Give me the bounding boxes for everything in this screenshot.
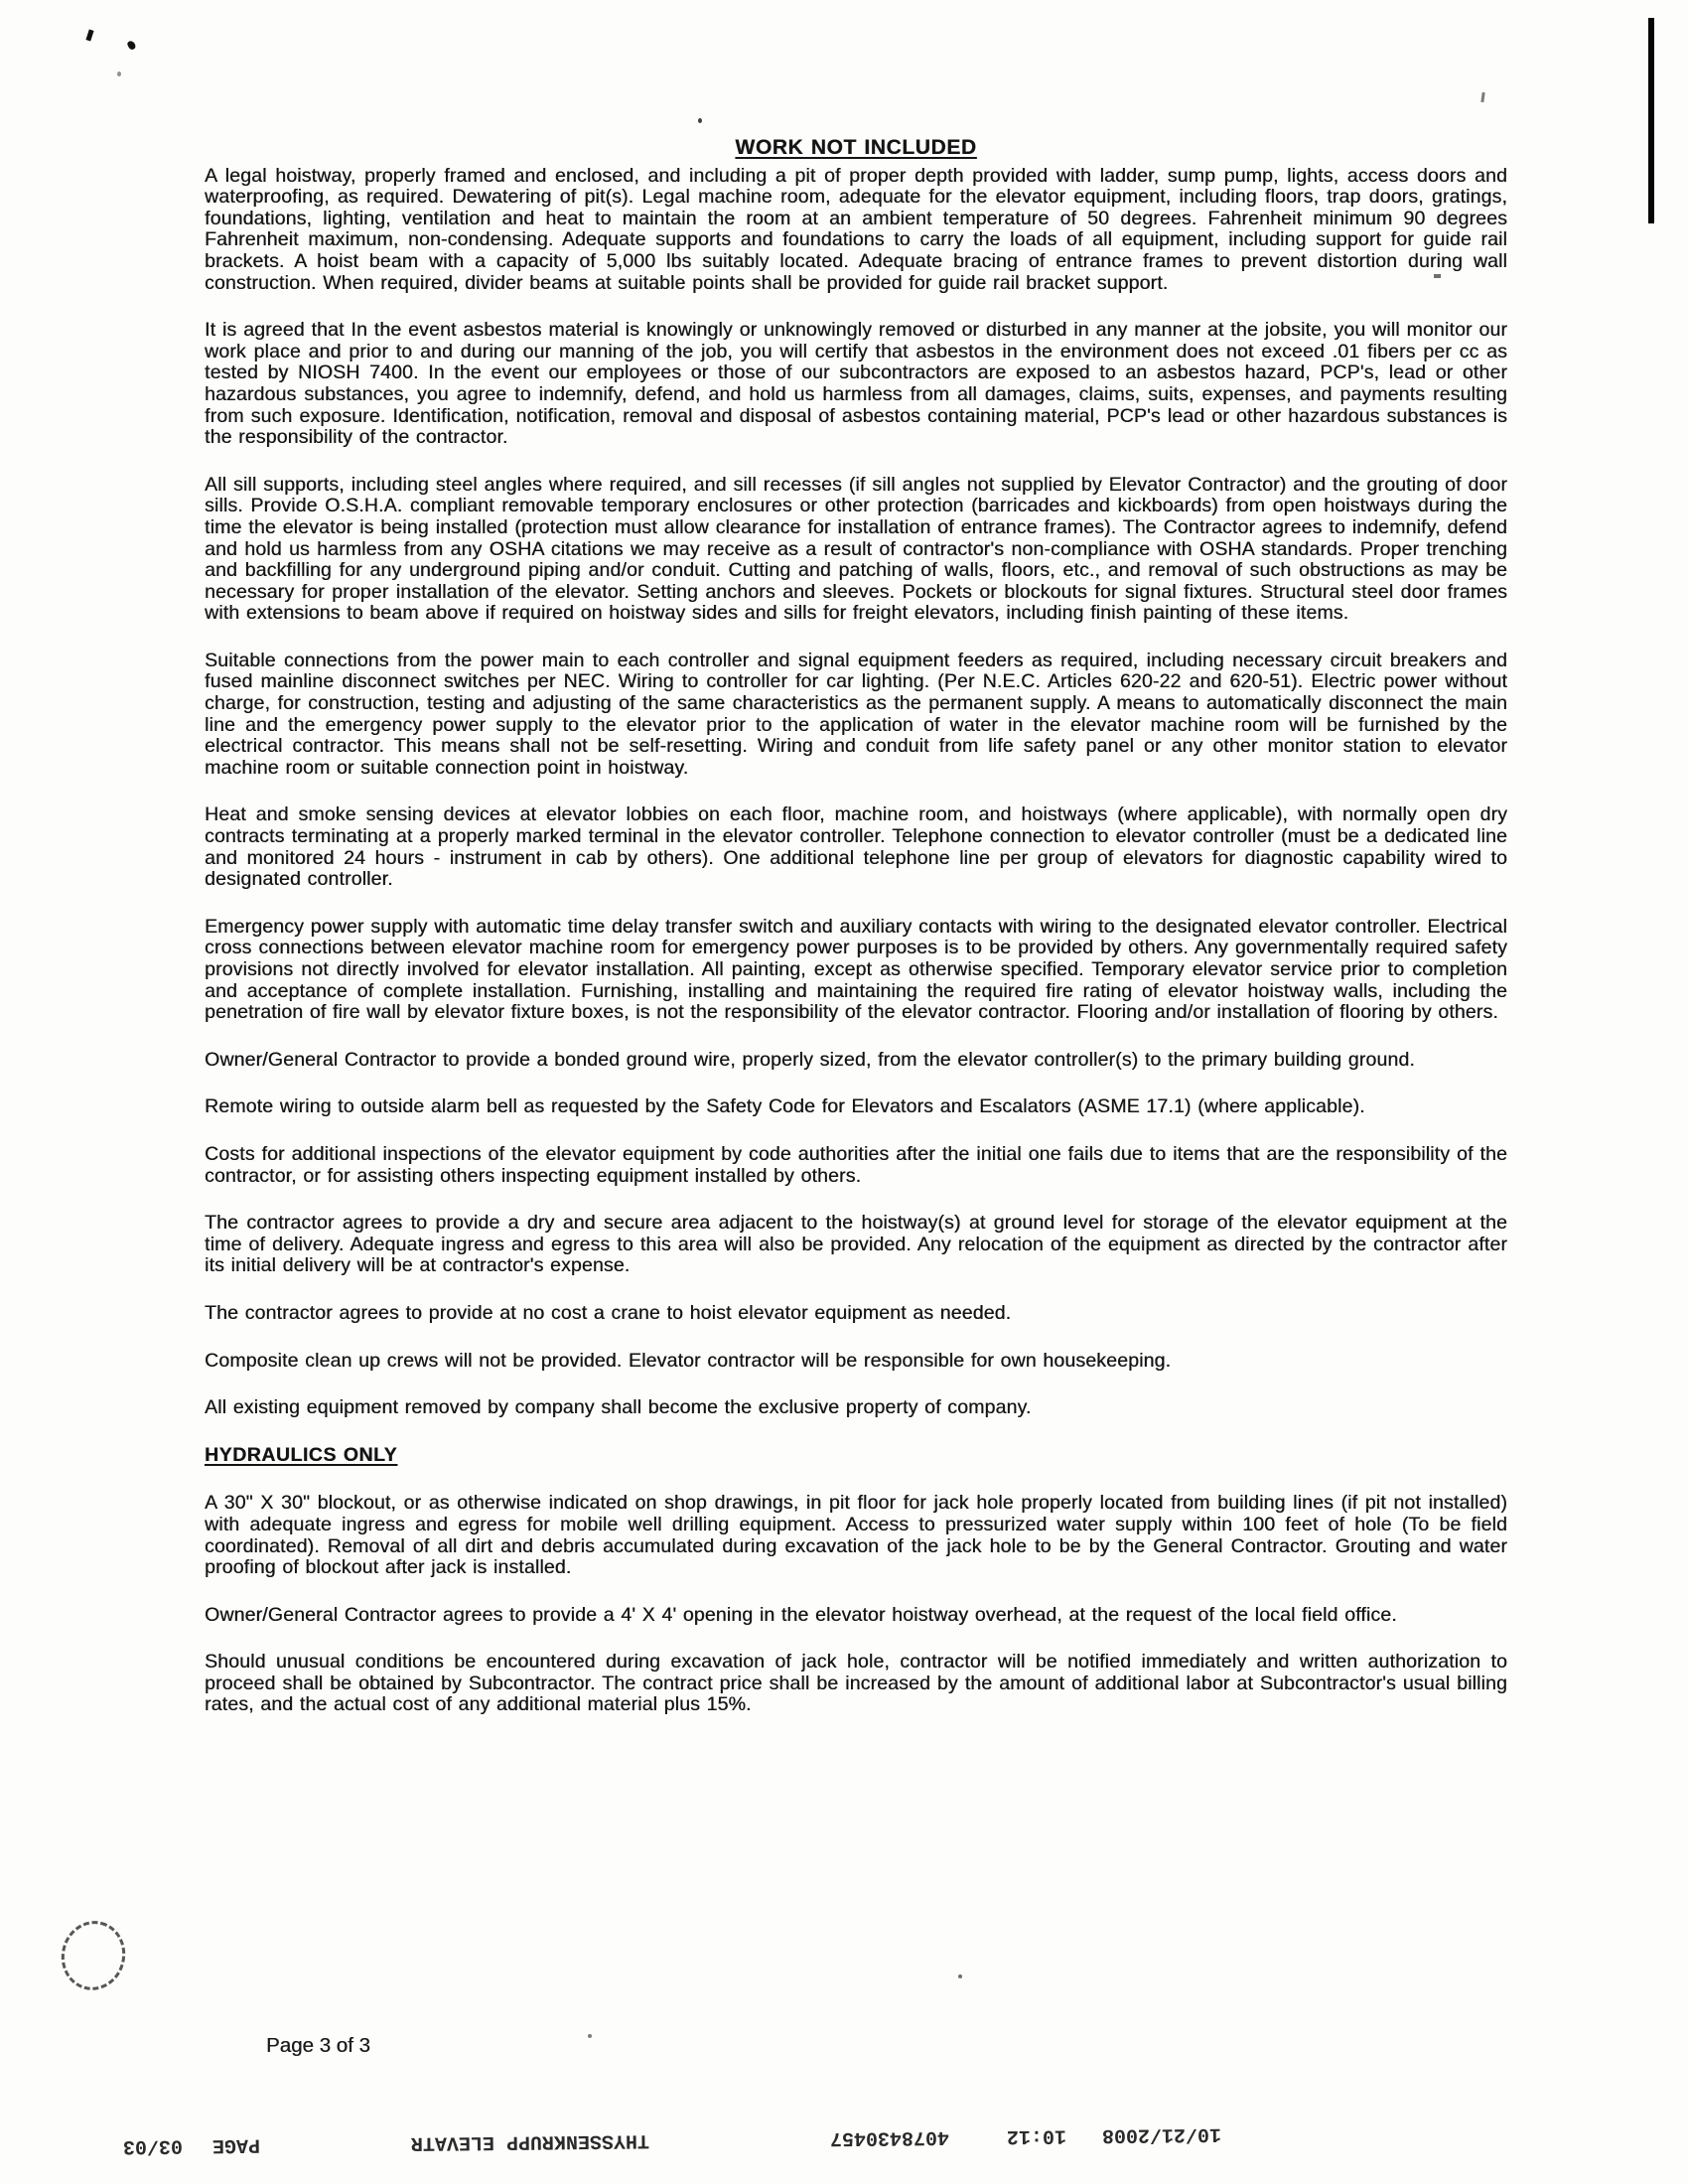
paragraph: Owner/General Contractor agrees to provi… bbox=[205, 1605, 1507, 1627]
paragraph: All sill supports, including steel angle… bbox=[205, 475, 1507, 625]
document-body: WORK NOT INCLUDED A legal hoistway, prop… bbox=[205, 137, 1507, 1742]
scan-speck bbox=[958, 1974, 962, 1978]
fax-header-upside-down: 10/21/2008 10:12 4078430457 THYSSENKRUPP… bbox=[0, 2104, 1688, 2172]
paragraph: Owner/General Contractor to provide a bo… bbox=[205, 1050, 1507, 1072]
section-heading: HYDRAULICS ONLY bbox=[205, 1445, 1507, 1467]
fax-sender-name: THYSSENKRUPP ELEVATR bbox=[411, 2129, 649, 2155]
paragraph: It is agreed that In the event asbestos … bbox=[205, 320, 1507, 449]
scan-edge-line bbox=[1648, 18, 1654, 223]
document-sections: A legal hoistway, properly framed and en… bbox=[205, 166, 1507, 1716]
scan-speck bbox=[126, 40, 137, 51]
paragraph: Costs for additional inspections of the … bbox=[205, 1144, 1507, 1187]
scan-speck bbox=[117, 72, 121, 76]
scan-speck bbox=[698, 118, 702, 123]
scan-speck bbox=[1480, 92, 1484, 102]
page-number-footer: Page 3 of 3 bbox=[266, 2034, 370, 2058]
fax-page-number: 03/03 bbox=[123, 2134, 183, 2158]
paragraph: Emergency power supply with automatic ti… bbox=[205, 917, 1507, 1024]
scan-speck bbox=[588, 2034, 592, 2038]
paragraph: Remote wiring to outside alarm bell as r… bbox=[205, 1096, 1507, 1118]
paragraph: A 30" X 30" blockout, or as otherwise in… bbox=[205, 1493, 1507, 1578]
paragraph: Composite clean up crews will not be pro… bbox=[205, 1351, 1507, 1373]
paragraph: Heat and smoke sensing devices at elevat… bbox=[205, 804, 1507, 890]
fax-number: 4078430457 bbox=[830, 2125, 949, 2149]
paragraph: Should unusual conditions be encountered… bbox=[205, 1652, 1507, 1716]
fax-page-label: PAGE bbox=[212, 2133, 260, 2157]
document-title-text: WORK NOT INCLUDED bbox=[735, 136, 976, 159]
document-title: WORK NOT INCLUDED bbox=[205, 137, 1507, 159]
paragraph: Suitable connections from the power main… bbox=[205, 651, 1507, 780]
paragraph: The contractor agrees to provide a dry a… bbox=[205, 1213, 1507, 1277]
hole-punch-mark bbox=[54, 1914, 132, 1996]
paragraph: The contractor agrees to provide at no c… bbox=[205, 1303, 1507, 1325]
paragraph: All existing equipment removed by compan… bbox=[205, 1397, 1507, 1419]
fax-time: 10:12 bbox=[1007, 2124, 1066, 2148]
fax-date: 10/21/2008 bbox=[1102, 2122, 1221, 2146]
scan-speck bbox=[85, 29, 93, 41]
paragraph: A legal hoistway, properly framed and en… bbox=[205, 166, 1507, 295]
